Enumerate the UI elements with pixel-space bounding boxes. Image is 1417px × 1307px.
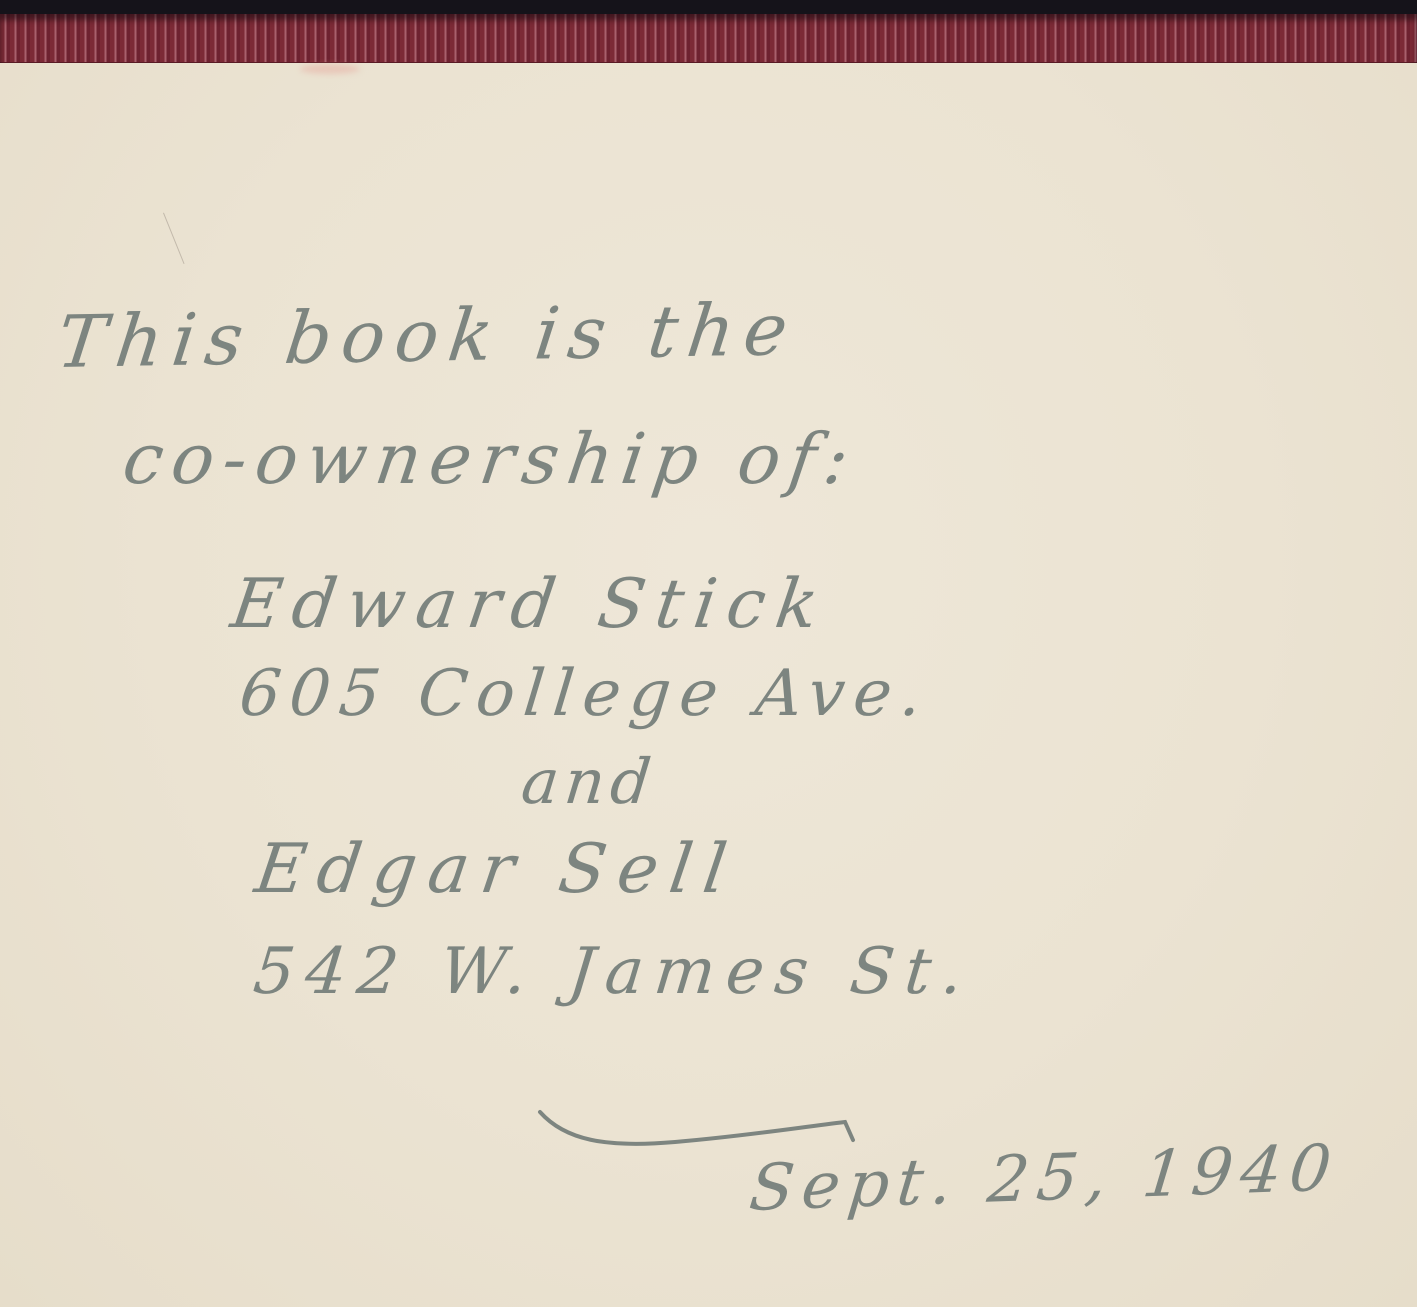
handwritten-inscription: This book is the co-ownership of: Edward… — [0, 0, 1417, 1307]
inscription-line-intro: This book is the — [53, 287, 802, 384]
owner-2-address: 542 W. James St. — [250, 935, 977, 1009]
owner-2-name: Edgar Sell — [250, 830, 743, 909]
inscription-line-ownership: co-ownership of: — [118, 418, 863, 500]
owner-1-name: Edward Stick — [226, 565, 834, 644]
inscription-conjunction: and — [518, 745, 660, 818]
owner-1-address: 605 College Ave. — [236, 657, 934, 731]
